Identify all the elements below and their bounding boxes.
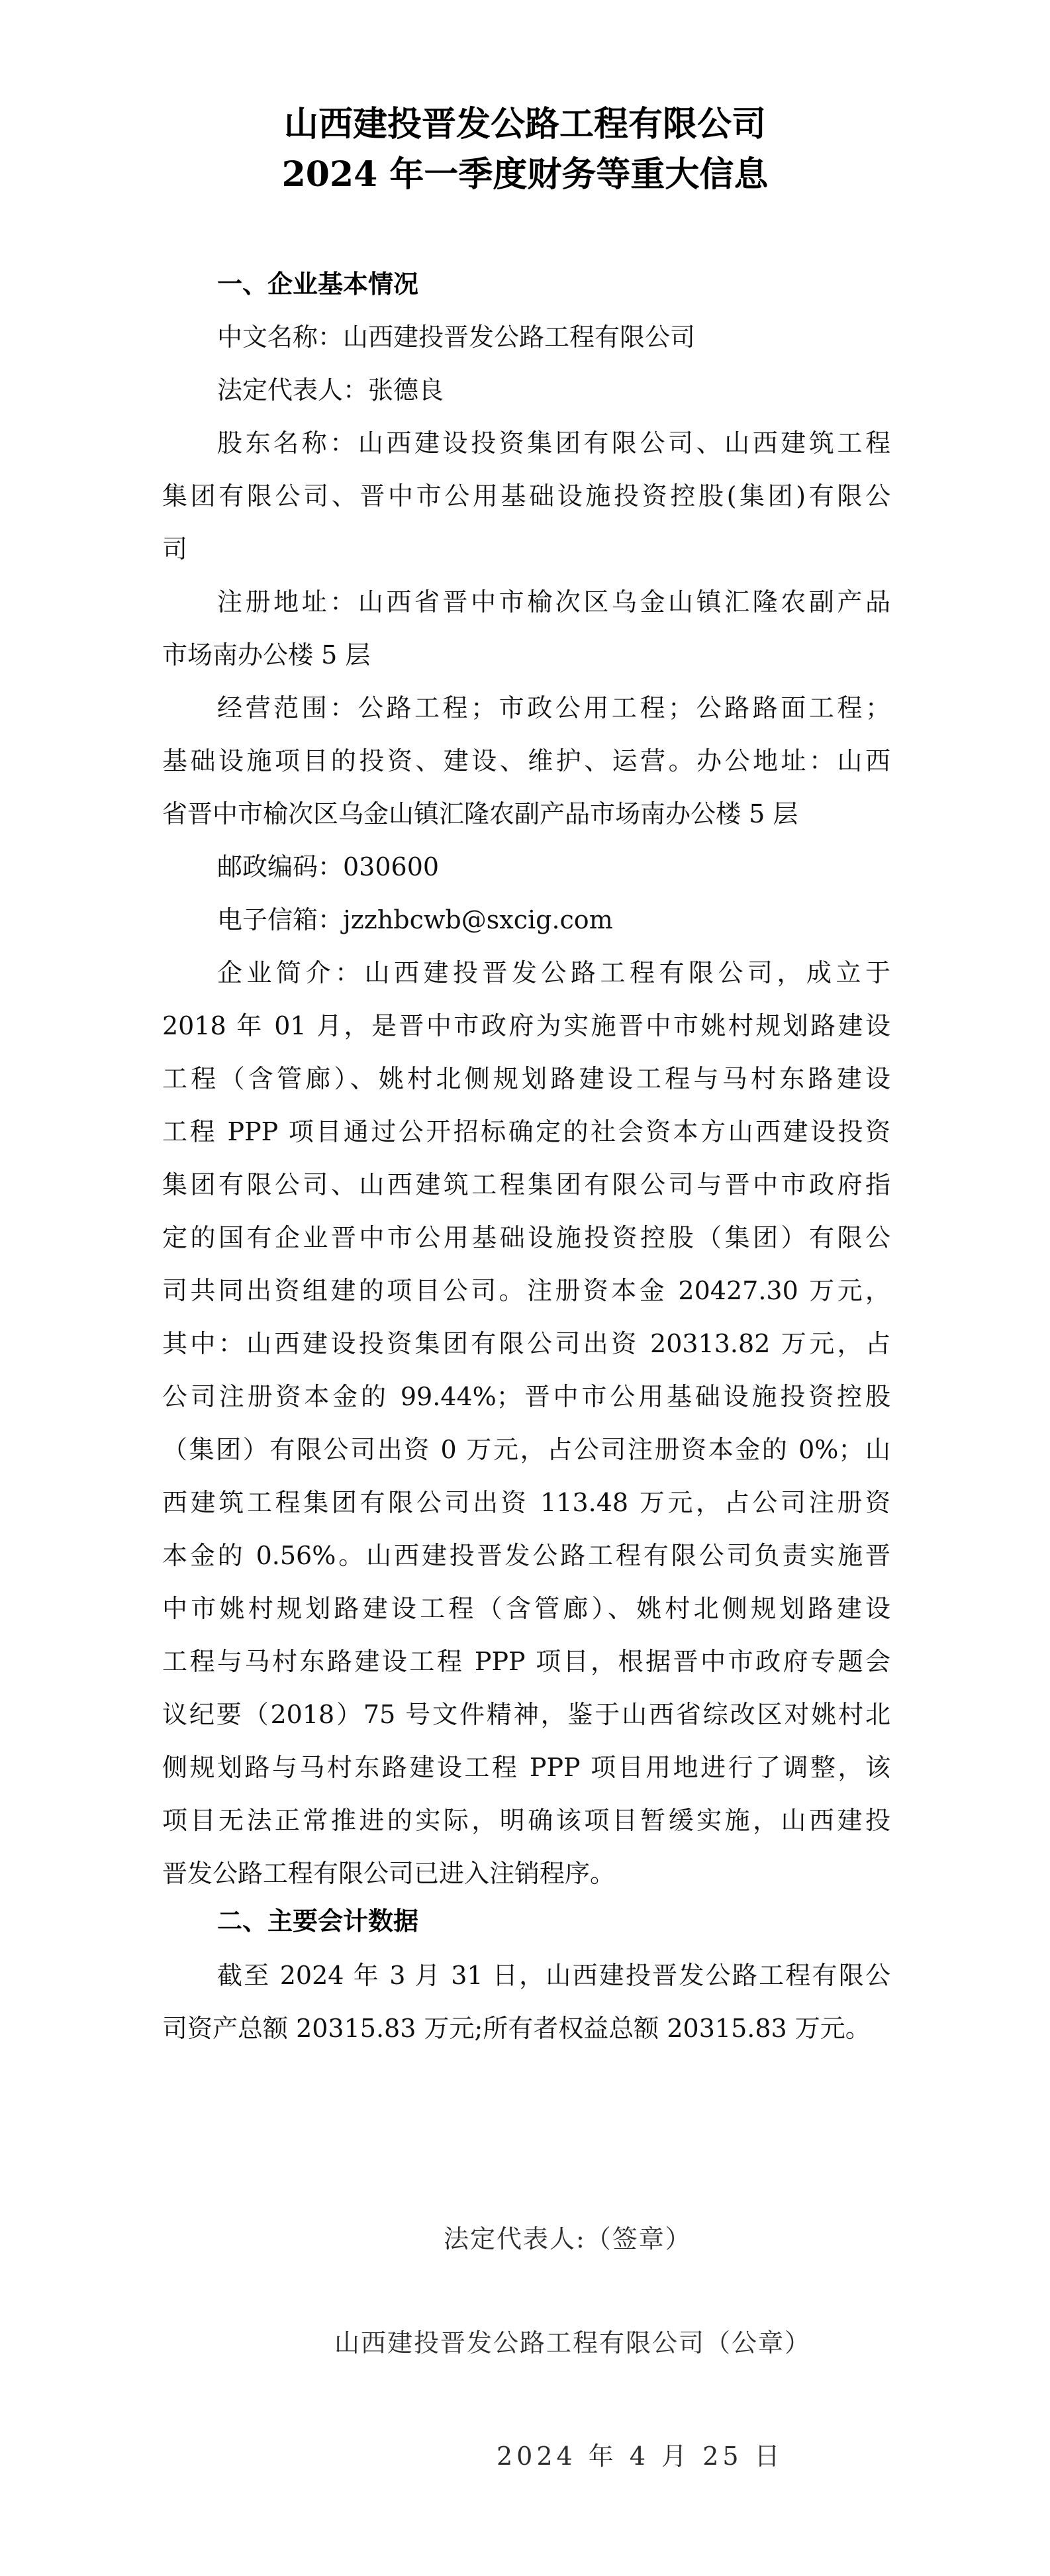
section-heading-basic-info: 一、企业基本情况 — [217, 268, 418, 301]
profile-line: 工程与马村东路建设工程 PPP 项目，根据晋中市政府专题会 — [162, 1645, 890, 1678]
business-scope-line: 基础设施项目的投资、建设、维护、运营。办公地址：山西 — [162, 744, 890, 777]
profile-line: 司共同出资组建的项目公司。注册资本金 20427.30 万元， — [162, 1274, 890, 1307]
shareholders-line: 司 — [162, 532, 890, 566]
profile-line: 2018 年 01 月，是晋中市政府为实施晋中市姚村规划路建设 — [162, 1009, 890, 1042]
profile-line: 本金的 0.56%。山西建投晋发公路工程有限公司负责实施晋 — [162, 1539, 890, 1572]
business-scope-line: 经营范围：公路工程；市政公用工程；公路路面工程； — [217, 691, 890, 724]
document-title-line1: 山西建投晋发公路工程有限公司 — [0, 105, 1050, 144]
section-heading-accounting-data: 二、主要会计数据 — [217, 1905, 418, 1938]
accounting-data-line: 司资产总额 20315.83 万元;所有者权益总额 20315.83 万元。 — [162, 2012, 890, 2045]
profile-line: 工程 PPP 项目通过公开招标确定的社会资本方山西建设投资 — [162, 1115, 890, 1148]
registered-address-line: 注册地址：山西省晋中市榆次区乌金山镇汇隆农副产品 — [217, 585, 890, 619]
profile-line: 企业简介：山西建投晋发公路工程有限公司，成立于 — [217, 956, 890, 989]
profile-line: 工程（含管廊）、姚村北侧规划路建设工程与马村东路建设 — [162, 1062, 890, 1095]
document-page: 山西建投晋发公路工程有限公司 2024 年一季度财务等重大信息 一、企业基本情况… — [0, 0, 1050, 2576]
postal-code-field: 邮政编码：030600 — [217, 850, 439, 883]
profile-line: （集团）有限公司出资 0 万元，占公司注册资本金的 0%；山 — [162, 1433, 890, 1466]
email-field: 电子信箱：jzzhbcwb@sxcig.com — [217, 903, 613, 936]
profile-line: 西建筑工程集团有限公司出资 113.48 万元，占公司注册资 — [162, 1486, 890, 1519]
profile-line: 议纪要（2018）75 号文件精神，鉴于山西省综改区对姚村北 — [162, 1698, 890, 1731]
accounting-data-line: 截至 2024 年 3 月 31 日，山西建投晋发公路工程有限公 — [217, 1959, 890, 1992]
profile-line: 中市姚村规划路建设工程（含管廊）、姚村北侧规划路建设 — [162, 1592, 890, 1625]
profile-line: 公司注册资本金的 99.44%；晋中市公用基础设施投资控股 — [162, 1380, 890, 1413]
profile-line: 集团有限公司、山西建筑工程集团有限公司与晋中市政府指 — [162, 1168, 890, 1201]
profile-line: 晋发公路工程有限公司已进入注销程序。 — [162, 1857, 890, 1890]
profile-line: 其中：山西建设投资集团有限公司出资 20313.82 万元，占 — [162, 1327, 890, 1360]
legal-rep-signature-line: 法定代表人:（签章） — [444, 2222, 692, 2255]
shareholders-line: 股东名称：山西建设投资集团有限公司、山西建筑工程 — [217, 426, 890, 460]
company-seal-line: 山西建投晋发公路工程有限公司（公章） — [334, 2326, 811, 2359]
chinese-name-field: 中文名称：山西建投晋发公路工程有限公司 — [217, 321, 695, 354]
document-date: 2024 年 4 月 25 日 — [497, 2440, 784, 2473]
shareholders-line: 集团有限公司、晋中市公用基础设施投资控股(集团)有限公 — [162, 479, 890, 513]
legal-representative-field: 法定代表人：张德良 — [217, 373, 444, 407]
registered-address-line: 市场南办公楼 5 层 — [162, 638, 890, 671]
document-title-line2: 2024 年一季度财务等重大信息 — [0, 155, 1050, 195]
profile-line: 侧规划路与马村东路建设工程 PPP 项目用地进行了调整，该 — [162, 1751, 890, 1784]
business-scope-line: 省晋中市榆次区乌金山镇汇隆农副产品市场南办公楼 5 层 — [162, 797, 890, 830]
profile-line: 定的国有企业晋中市公用基础设施投资控股（集团）有限公 — [162, 1221, 890, 1254]
profile-line: 项目无法正常推进的实际，明确该项目暂缓实施，山西建投 — [162, 1804, 890, 1837]
